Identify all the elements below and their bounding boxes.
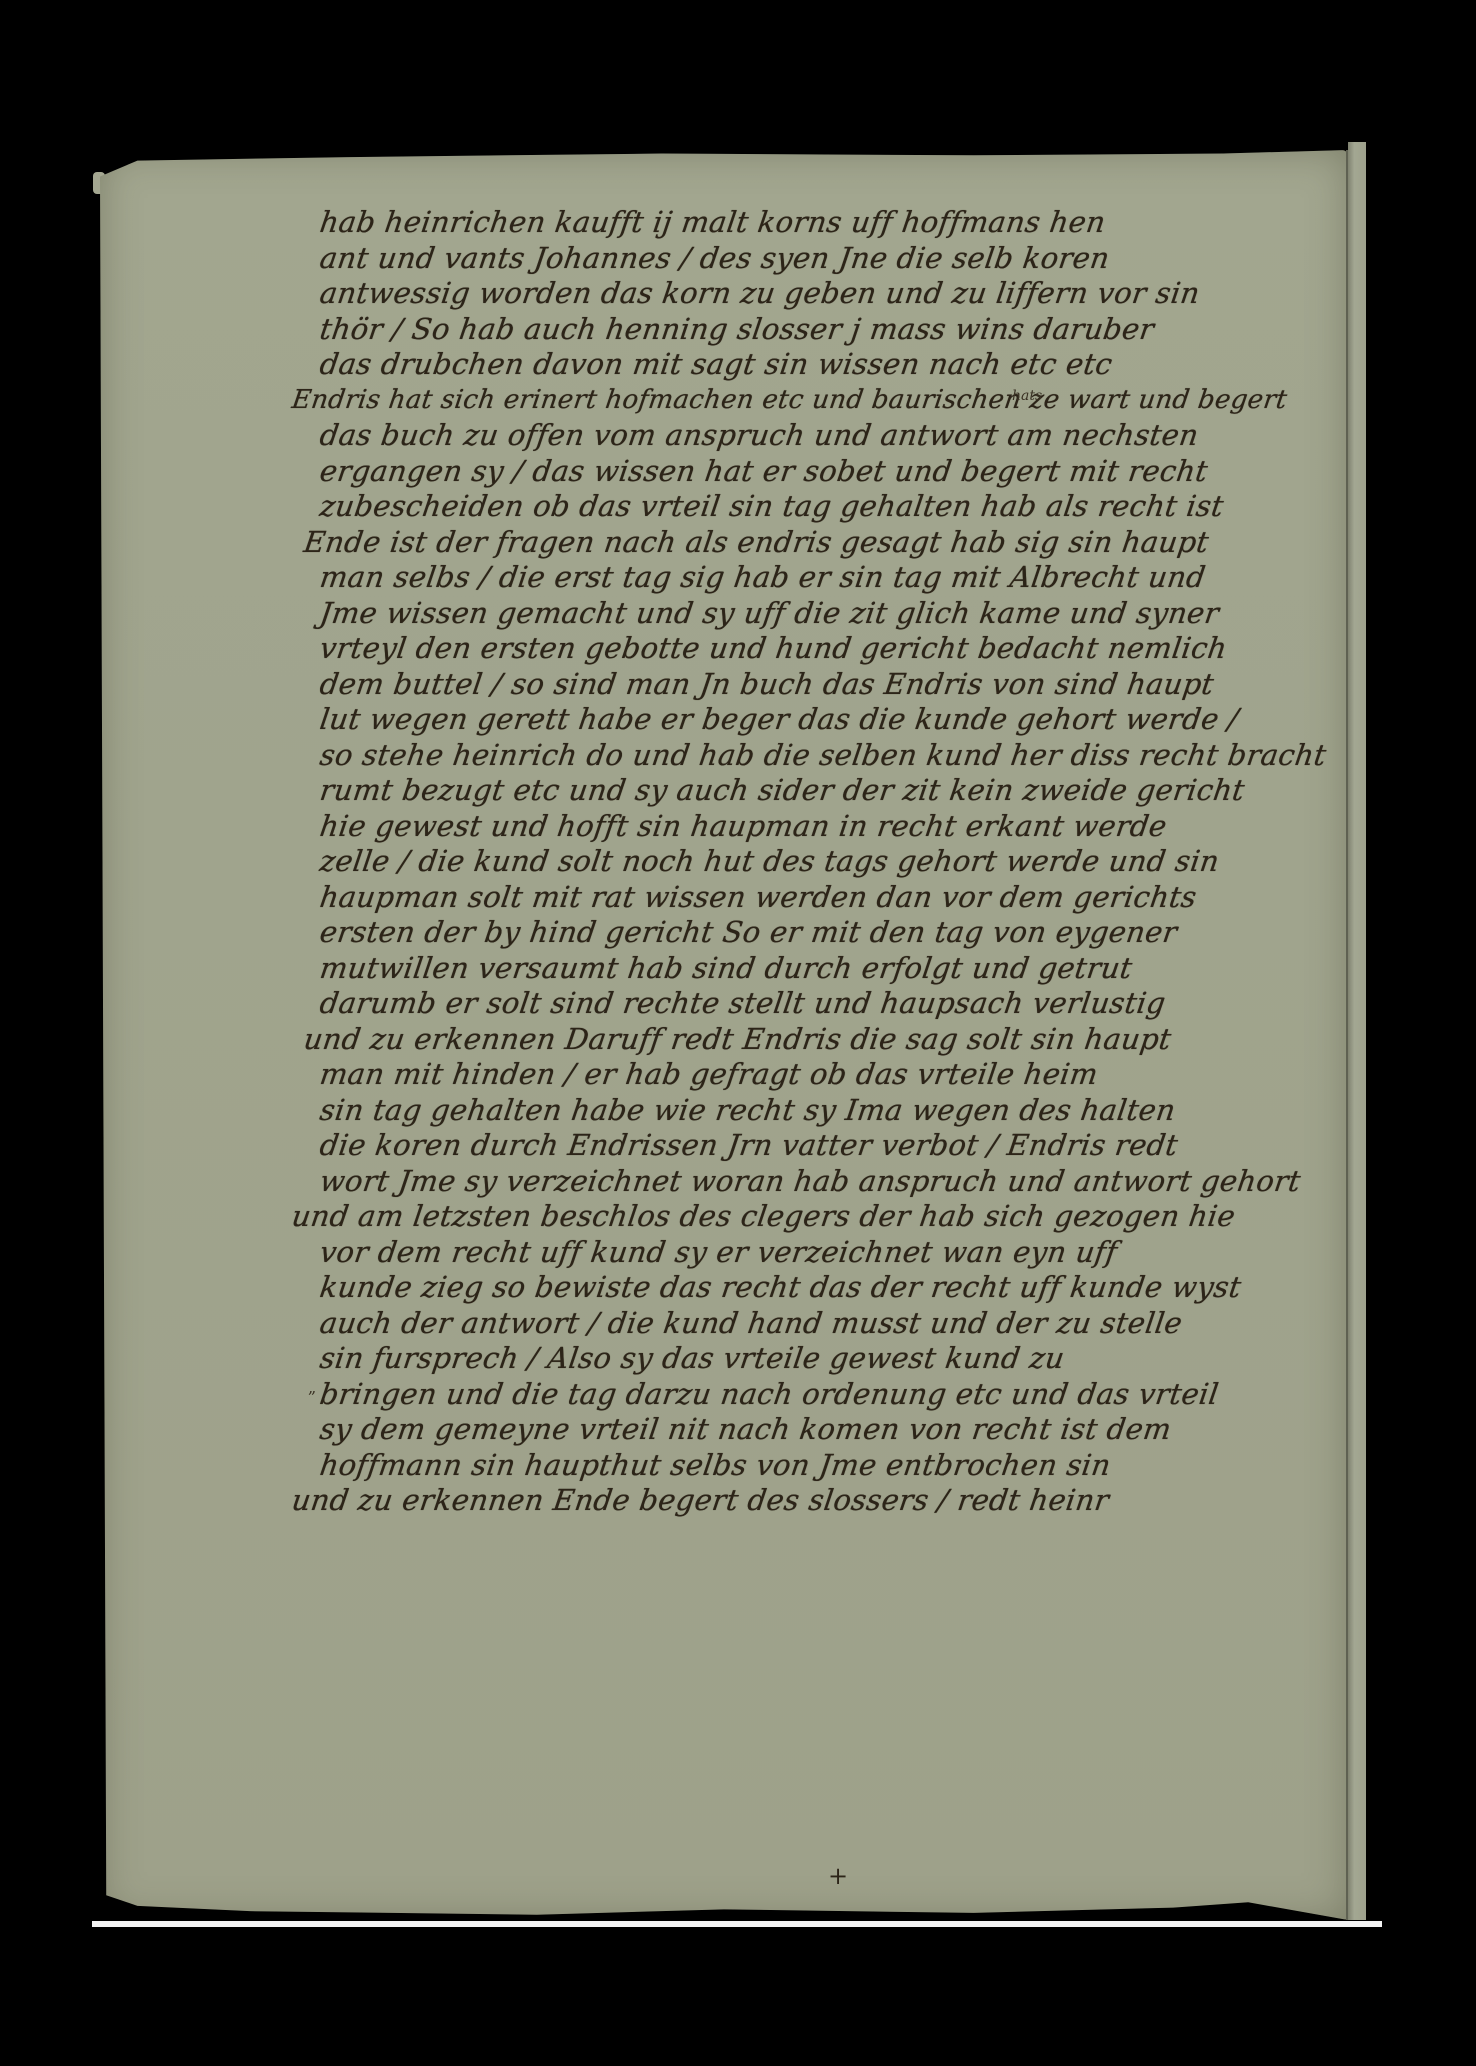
text-line: sin tag gehalten habe wie recht sy Ima w… — [318, 1093, 1353, 1129]
text-line: vor dem recht uff kund sy er verzeichnet… — [318, 1235, 1353, 1271]
text-line: ersten der by hind gericht So er mit den… — [318, 915, 1353, 951]
text-line: ant und vants Johannes / des syen Jne di… — [318, 241, 1353, 277]
text-line: wort Jme sy verzeichnet woran hab anspru… — [318, 1164, 1353, 1200]
text-line: vrteyl den ersten gebotte und hund geric… — [318, 631, 1353, 667]
text-line: so stehe heinrich do und hab die selben … — [318, 738, 1353, 774]
scan-edge-rule — [92, 1921, 1382, 1927]
interlinear-note: hats — [1012, 388, 1042, 404]
text-line: zubescheiden ob das vrteil sin tag gehal… — [318, 489, 1353, 525]
text-line: haupman solt mit rat wissen werden dan v… — [318, 880, 1353, 916]
text-line: man mit hinden / er hab gefragt ob das v… — [318, 1057, 1353, 1093]
text-line: das buch zu offen vom anspruch und antwo… — [318, 418, 1353, 454]
catchword-mark: + — [828, 1862, 848, 1890]
text-line: mutwillen versaumt hab sind durch erfolg… — [318, 951, 1353, 987]
text-line: dem buttel / so sind man Jn buch das End… — [318, 667, 1353, 703]
text-line: sy dem gemeyne vrteil nit nach komen von… — [318, 1412, 1353, 1448]
text-line: Ende ist der fragen nach als endris gesa… — [302, 525, 1353, 561]
text-line: lut wegen gerett habe er beger das die k… — [318, 702, 1353, 738]
text-line: rumt bezugt etc und sy auch sider der zi… — [318, 773, 1353, 809]
text-line: Endris hat sich erinert hofmachen etc un… — [290, 383, 1353, 419]
text-line: die koren durch Endrissen Jrn vatter ver… — [318, 1128, 1353, 1164]
text-line: sin fursprech / Also sy das vrteile gewe… — [318, 1341, 1353, 1377]
margin-mark: „ — [308, 1378, 316, 1397]
text-line: Jme wissen gemacht und sy uff die zit gl… — [318, 596, 1353, 632]
text-line: hoffmann sin haupthut selbs von Jme entb… — [318, 1448, 1353, 1484]
text-line: hie gewest und hofft sin haupman in rech… — [318, 809, 1353, 845]
text-line: und am letzsten beschlos des clegers der… — [290, 1199, 1353, 1235]
text-line: ergangen sy / das wissen hat er sobet un… — [318, 454, 1353, 490]
text-line: man selbs / die erst tag sig hab er sin … — [318, 560, 1353, 596]
text-line: zelle / die kund solt noch hut des tags … — [318, 844, 1353, 880]
text-line: hab heinrichen kaufft ij malt korns uff … — [318, 205, 1353, 241]
text-line: und zu erkennen Ende begert des slossers… — [290, 1483, 1353, 1519]
manuscript-text: hab heinrichen kaufft ij malt korns uff … — [320, 205, 1350, 1519]
text-line: bringen und die tag darzu nach ordenung … — [318, 1377, 1353, 1413]
text-line: thör / So hab auch henning slosser j mas… — [318, 312, 1353, 348]
document-viewer: hab heinrichen kaufft ij malt korns uff … — [0, 0, 1476, 2066]
text-line: auch der antwort / die kund hand musst u… — [318, 1306, 1353, 1342]
text-line: darumb er solt sind rechte stellt und ha… — [318, 986, 1353, 1022]
text-line: das drubchen davon mit sagt sin wissen n… — [318, 347, 1353, 383]
text-line: antwessig worden das korn zu geben und z… — [318, 276, 1353, 312]
text-line: und zu erkennen Daruff redt Endris die s… — [302, 1022, 1353, 1058]
text-line: kunde zieg so bewiste das recht das der … — [318, 1270, 1353, 1306]
